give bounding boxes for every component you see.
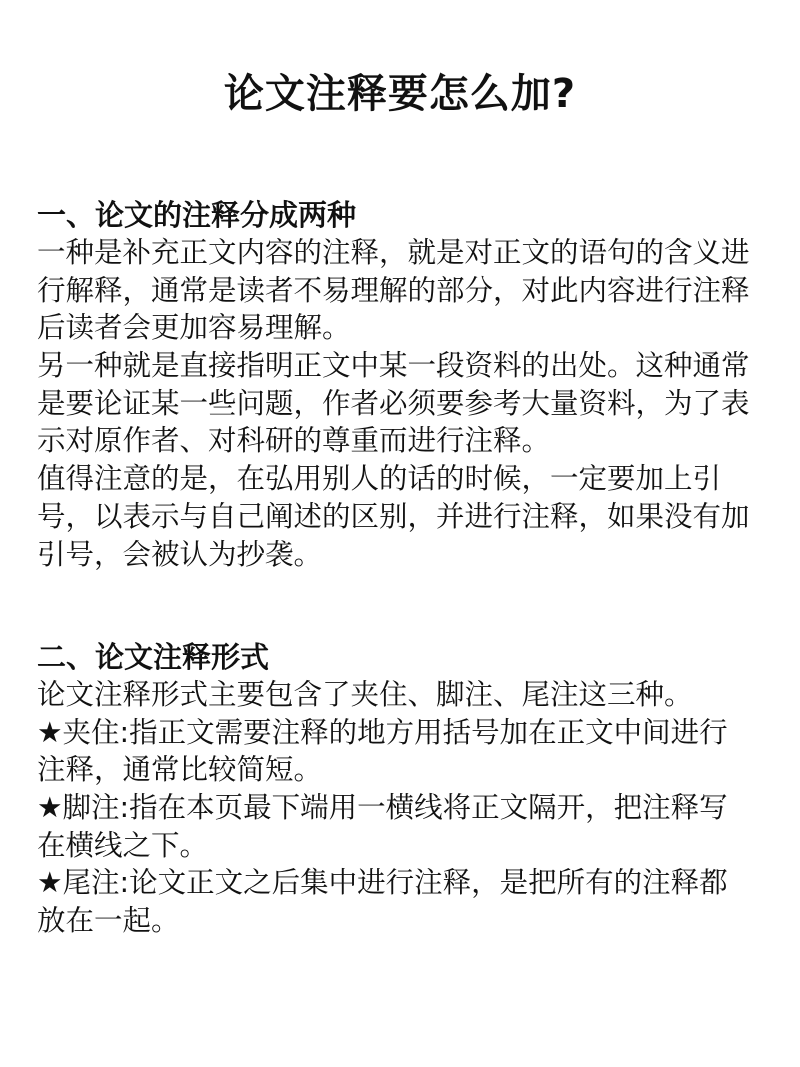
section-heading: 一、论文的注释分成两种	[37, 196, 767, 234]
text-line: 后读者会更加容易理解。	[37, 309, 767, 347]
text-line: 是要论证某一些问题，作者必须要参考大量资料，为了表	[37, 385, 767, 423]
text-line: 引号，会被认为抄袭。	[37, 536, 767, 574]
text-line: 在横线之下。	[37, 827, 767, 865]
page-title: 论文注释要怎么加?	[0, 68, 800, 120]
text-line: 论文注释形式主要包含了夹住、脚注、尾注这三种。	[37, 676, 767, 714]
section-body: 论文注释形式主要包含了夹住、脚注、尾注这三种。 ★夹住:指正文需要注释的地方用括…	[37, 676, 767, 940]
text-line: 行解释，通常是读者不易理解的部分，对此内容进行注释	[37, 272, 767, 310]
section-annotation-types: 一、论文的注释分成两种 一种是补充正文内容的注释，就是对正文的语句的含义进 行解…	[37, 196, 767, 573]
section-heading: 二、论文注释形式	[37, 638, 767, 676]
text-line: 另一种就是直接指明正文中某一段资料的出处。这种通常	[37, 347, 767, 385]
section-annotation-forms: 二、论文注释形式 论文注释形式主要包含了夹住、脚注、尾注这三种。 ★夹住:指正文…	[37, 638, 767, 940]
text-line: 一种是补充正文内容的注释，就是对正文的语句的含义进	[37, 234, 767, 272]
text-line: ★尾注:论文正文之后集中进行注释，是把所有的注释都	[37, 864, 767, 902]
text-line: 示对原作者、对科研的尊重而进行注释。	[37, 422, 767, 460]
text-line: 值得注意的是，在弘用别人的话的时候，一定要加上引	[37, 460, 767, 498]
text-line: 号，以表示与自己阐述的区别，并进行注释，如果没有加	[37, 498, 767, 536]
text-line: 注释，通常比较简短。	[37, 751, 767, 789]
text-line: ★脚注:指在本页最下端用一横线将正文隔开，把注释写	[37, 789, 767, 827]
text-line: ★夹住:指正文需要注释的地方用括号加在正文中间进行	[37, 714, 767, 752]
section-body: 一种是补充正文内容的注释，就是对正文的语句的含义进 行解释，通常是读者不易理解的…	[37, 234, 767, 573]
text-line: 放在一起。	[37, 902, 767, 940]
